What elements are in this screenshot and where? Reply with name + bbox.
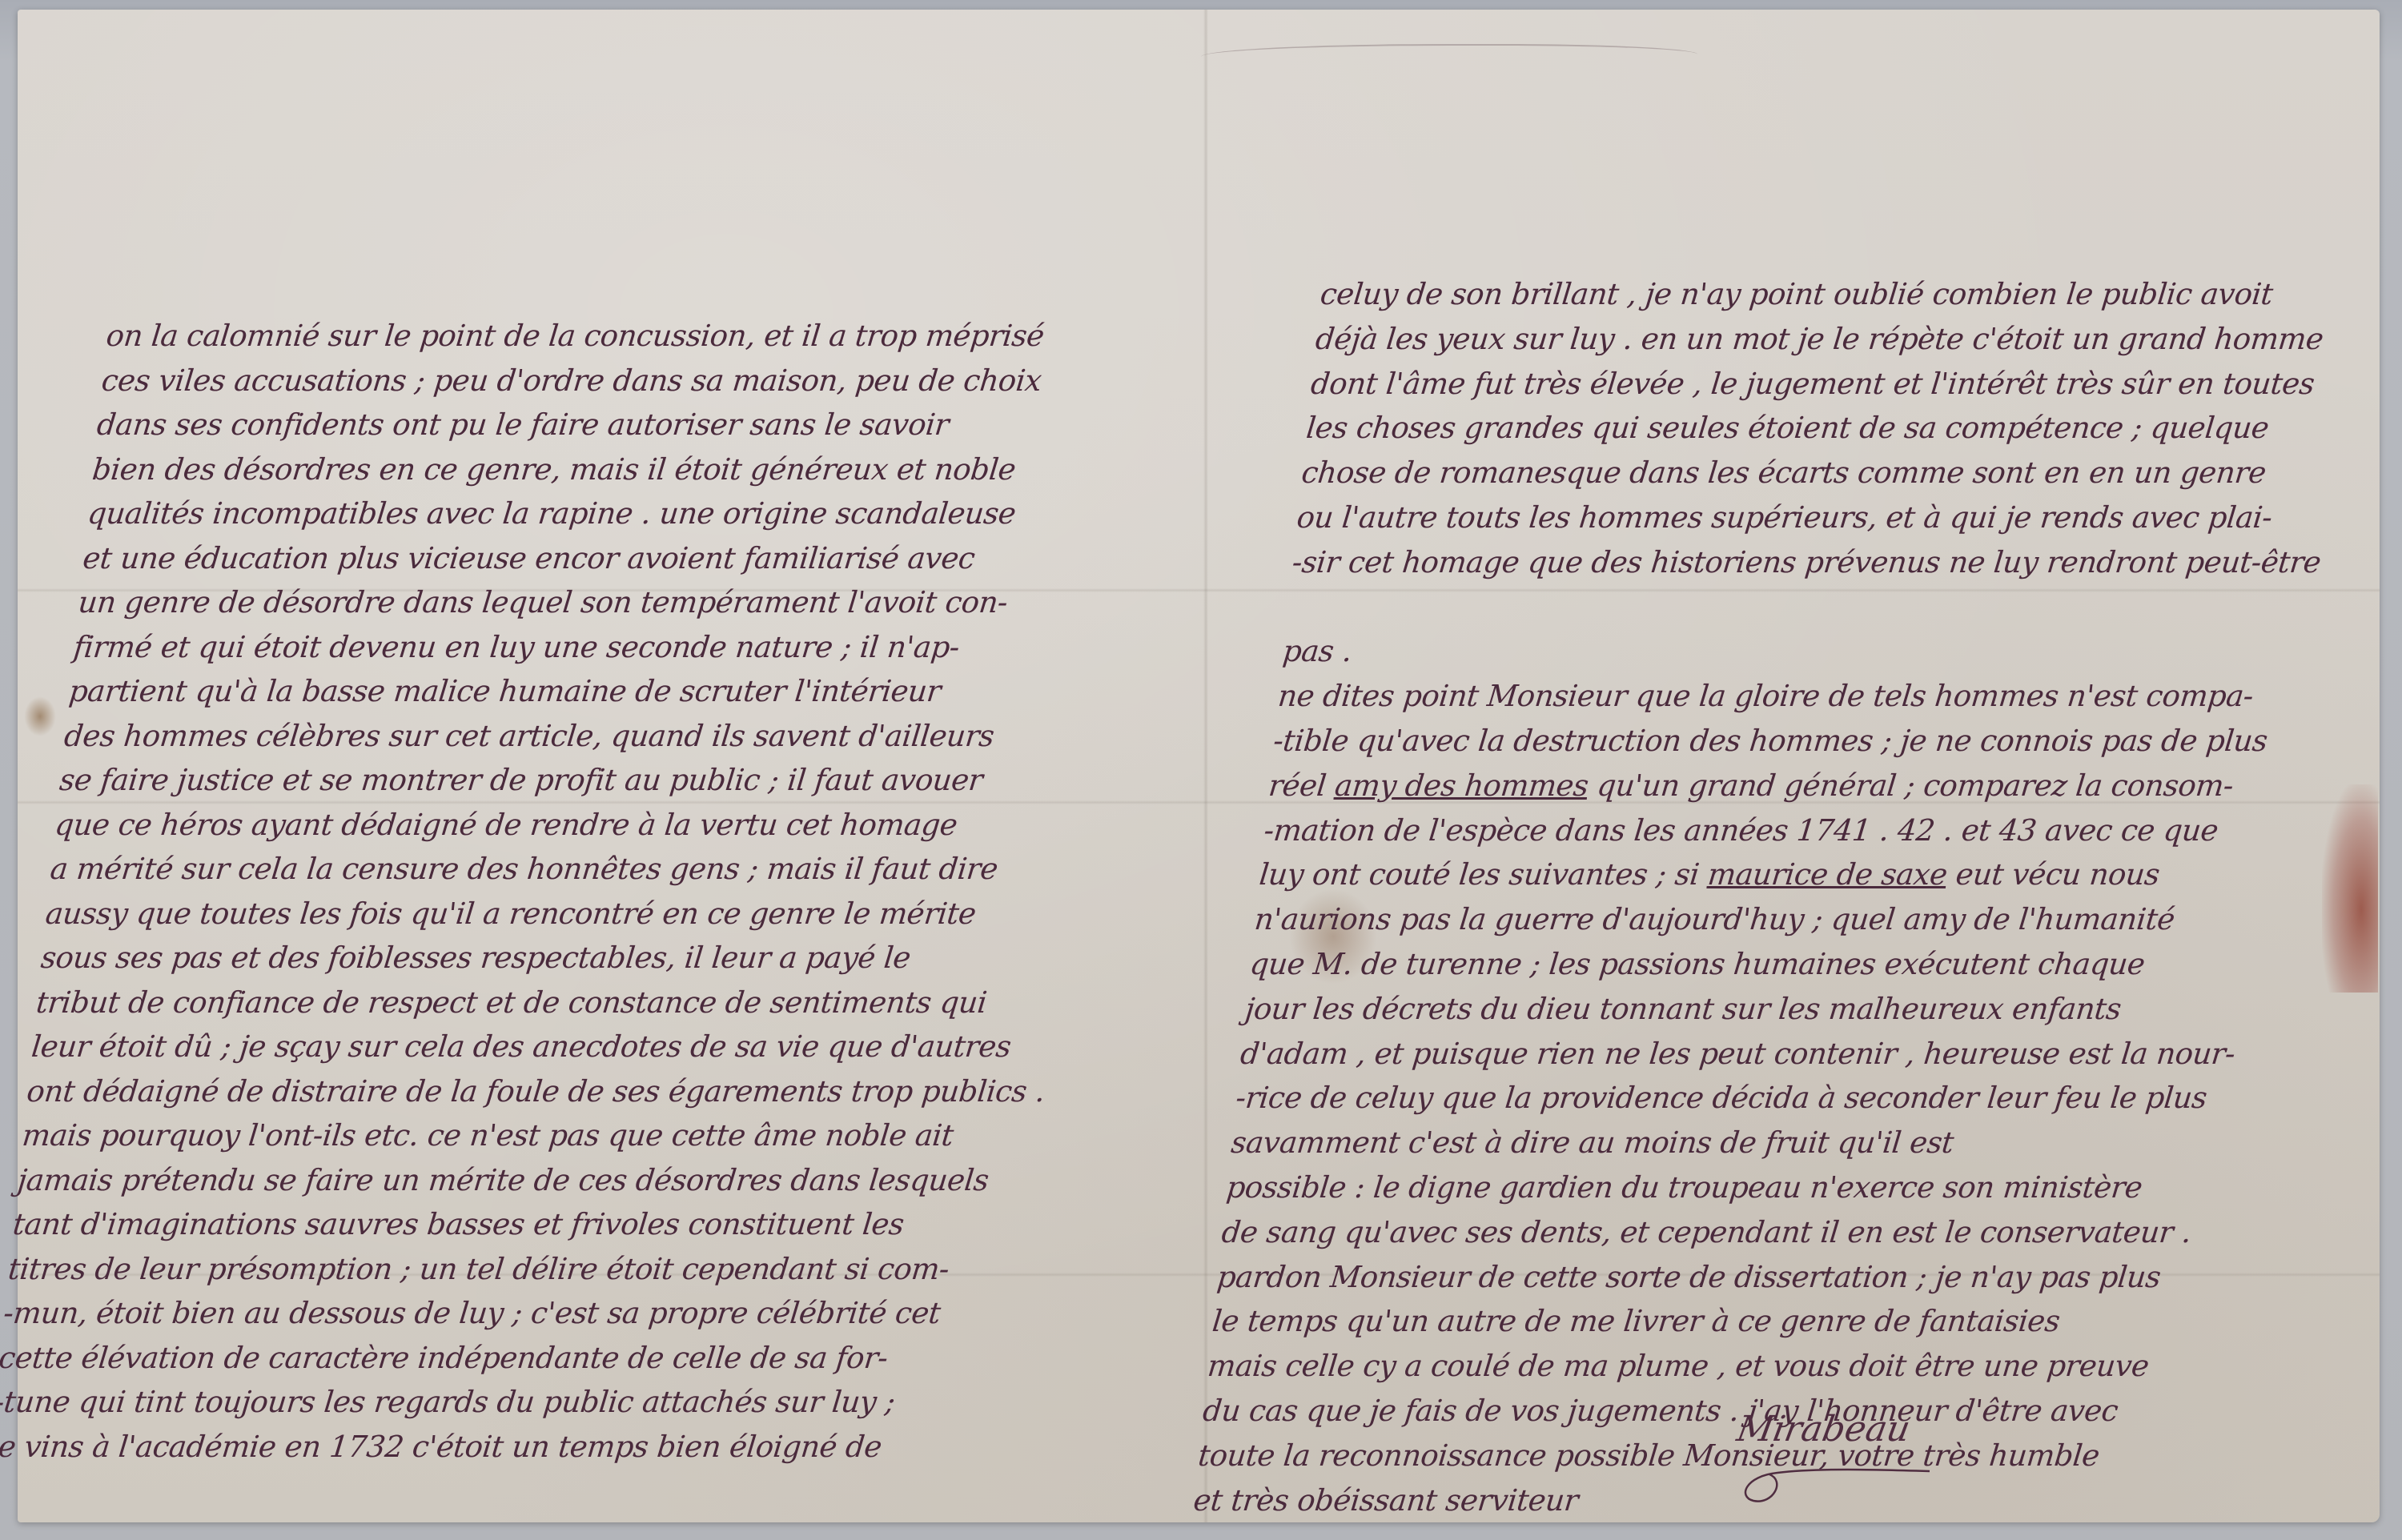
- left-page-text: on la calomnié sur le point de la concus…: [0, 314, 1286, 1469]
- text-line: je vins à l'académie en 1732 c'étoit un …: [0, 1425, 1169, 1470]
- text-line: tant d'imaginations sauvres basses et fr…: [10, 1202, 1192, 1247]
- text-line: possible : le digne gardien du troupeau …: [1224, 1165, 2366, 1210]
- text-line: partient qu'à la basse malice humaine de…: [66, 669, 1248, 714]
- text-line: bien des désordres en ce genre, mais il …: [90, 447, 1271, 492]
- text-line: a mérité sur cela la censure des honnête…: [48, 847, 1230, 892]
- text-line: mais pourquoy l'ont-ils etc. ce n'est pa…: [20, 1113, 1202, 1158]
- text-line: des hommes célèbres sur cet article, qua…: [62, 714, 1243, 759]
- text-line: jamais prétendu se faire un mérite de ce…: [15, 1158, 1197, 1203]
- text-line: que ce héros ayant dédaigné de rendre à …: [53, 803, 1235, 848]
- text-line: se faire justice et se montrer de profit…: [58, 758, 1239, 803]
- text-line: -sir cet homage que des historiens préve…: [1290, 540, 2402, 585]
- text-line: ces viles accusations ; peu d'ordre dans…: [99, 359, 1281, 403]
- paper-crease: [1201, 44, 1697, 70]
- text-line: tribut de confiance de respect et de con…: [34, 981, 1216, 1025]
- text-line: luy ont couté les suivantes ; si maurice…: [1257, 852, 2399, 897]
- text-line: mais celle cy a coulé de ma plume , et v…: [1205, 1344, 2347, 1389]
- signature: Mirabeau: [1734, 1409, 1914, 1450]
- text-line: pardon Monsieur de cette sorte de disser…: [1215, 1255, 2356, 1300]
- text-line: ont dédaigné de distraire de la foule de…: [25, 1069, 1207, 1114]
- right-page-text: celuy de son brillant , je n'ay point ou…: [1191, 272, 2402, 1522]
- underlined-phrase: amy des hommes: [1333, 768, 1590, 803]
- text-line: savamment c'est à dire au moins de fruit…: [1229, 1121, 2371, 1165]
- text-line: ne dites point Monsieur que la gloire de…: [1275, 674, 2402, 719]
- text-line: aussy que toutes les fois qu'il a rencon…: [43, 892, 1225, 936]
- text-line: chose de romanesque dans les écarts comm…: [1299, 451, 2402, 495]
- text-line: firmé et qui étoit devenu en luy une sec…: [71, 625, 1253, 670]
- text-line: dans ses confidents ont pu le faire auto…: [94, 403, 1276, 447]
- text-line: -rice de celuy que la providence décida …: [1234, 1076, 2376, 1121]
- text-line: pas .: [1280, 629, 2402, 674]
- text-line: d'adam , et puisque rien ne les peut con…: [1239, 1032, 2380, 1077]
- text-line: celuy de son brillant , je n'ay point ou…: [1318, 272, 2402, 317]
- text-line: que M. de turenne ; les passions humaine…: [1247, 942, 2389, 987]
- signature-flourish: [1729, 1457, 1938, 1505]
- text-line: déjà les yeux sur luy . en un mot je le …: [1313, 317, 2402, 362]
- text-line: titres de leur présomption ; un tel déli…: [6, 1247, 1188, 1292]
- text-line: -tible qu'avec la destruction des hommes…: [1271, 719, 2402, 764]
- text-line: jour les décrets du dieu tonnant sur les…: [1243, 987, 2384, 1032]
- ink-stain: [24, 696, 56, 736]
- text-line: -mun, étoit bien au dessous de luy ; c'e…: [2, 1291, 1183, 1336]
- text-line: n'aurions pas la guerre d'aujourd'huy ; …: [1252, 897, 2394, 942]
- text-line: et une éducation plus vicieuse encor avo…: [81, 536, 1263, 581]
- text-line: qualités incompatibles avec la rapine . …: [86, 491, 1267, 536]
- text-line: dont l'âme fut très élevée , le jugement…: [1309, 362, 2402, 407]
- text-line: on la calomnié sur le point de la concus…: [104, 314, 1286, 359]
- text-line: les choses grandes qui seules étoient de…: [1304, 406, 2402, 451]
- text-line: leur étoit dû ; je sçay sur cela des ane…: [30, 1025, 1211, 1069]
- text-line: le temps qu'un autre de me livrer à ce g…: [1210, 1299, 2352, 1344]
- text-line: -mation de l'espèce dans les années 1741…: [1262, 808, 2402, 853]
- text-line: sous ses pas et des foiblesses respectab…: [38, 936, 1220, 981]
- text-line: un genre de désordre dans lequel son tem…: [76, 580, 1258, 625]
- text-line: réel amy des hommes qu'un grand général …: [1267, 764, 2402, 808]
- text-line: -tune qui tint toujours les regards du p…: [0, 1380, 1174, 1425]
- text-line: [1285, 585, 2402, 630]
- text-line: cette élévation de caractère indépendant…: [0, 1336, 1179, 1381]
- text-line: de sang qu'avec ses dents, et cependant …: [1219, 1210, 2361, 1255]
- underlined-phrase: maurice de saxe: [1706, 857, 1949, 892]
- text-line: ou l'autre touts les hommes supérieurs, …: [1295, 495, 2402, 540]
